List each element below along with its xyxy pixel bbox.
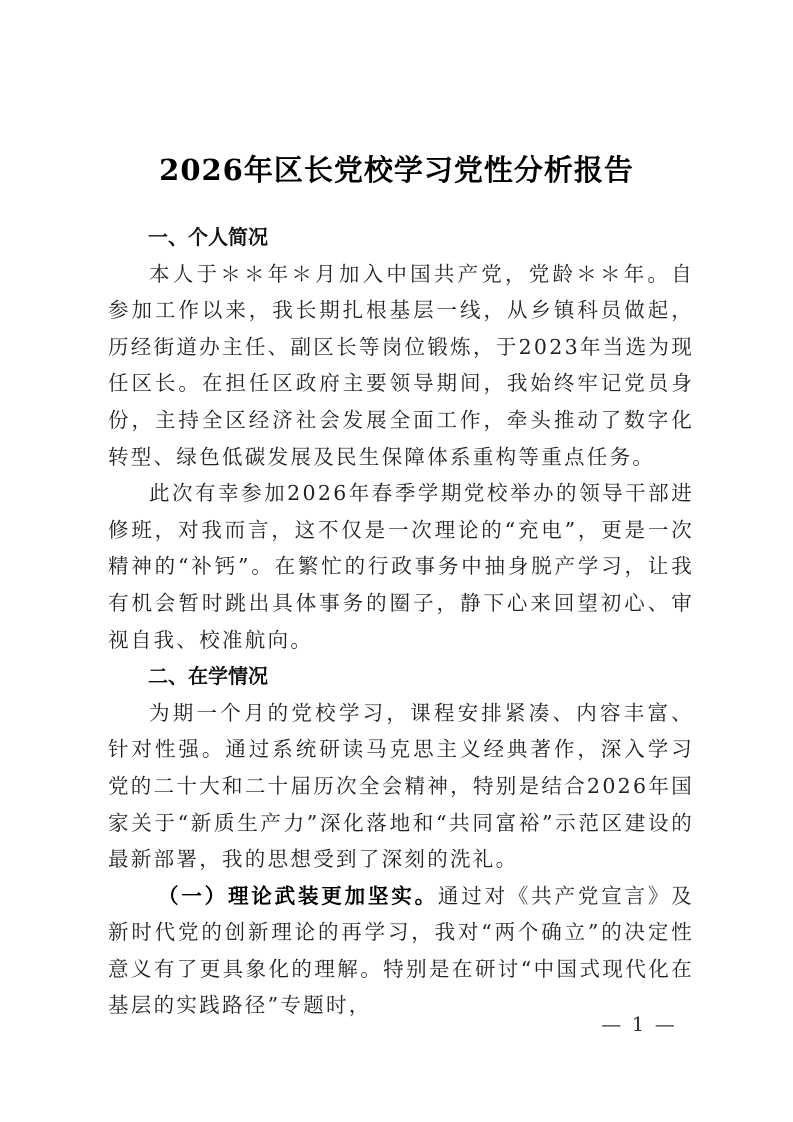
- paragraph-study-overview: 为期一个月的党校学习，课程安排紧凑、内容丰富、针对性强。通过系统研读马克思主义经…: [108, 695, 694, 878]
- section-heading-personal-profile: 一、个人简况: [108, 219, 694, 256]
- paragraph-theory-armament: （一）理论武装更加坚实。通过对《共产党宣言》及新时代党的创新理论的再学习，我对“…: [108, 878, 694, 1024]
- document-title: 2026年区长党校学习党性分析报告: [0, 148, 793, 189]
- subsection-lead-theory: （一）理论武装更加坚实。: [158, 884, 438, 908]
- document-page: 2026年区长党校学习党性分析报告 一、个人简况 本人于＊＊年＊月加入中国共产党…: [0, 0, 793, 1122]
- paragraph-training-purpose: 此次有幸参加2026年春季学期党校举办的领导干部进修班，对我而言，这不仅是一次理…: [108, 475, 694, 658]
- paragraph-personal-background: 本人于＊＊年＊月加入中国共产党，党龄＊＊年。自参加工作以来，我长期扎根基层一线，…: [108, 256, 694, 476]
- page-number: — 1 —: [594, 1012, 684, 1036]
- section-heading-study-situation: 二、在学情况: [108, 658, 694, 695]
- document-body: 一、个人简况 本人于＊＊年＊月加入中国共产党，党龄＊＊年。自参加工作以来，我长期…: [108, 219, 694, 1024]
